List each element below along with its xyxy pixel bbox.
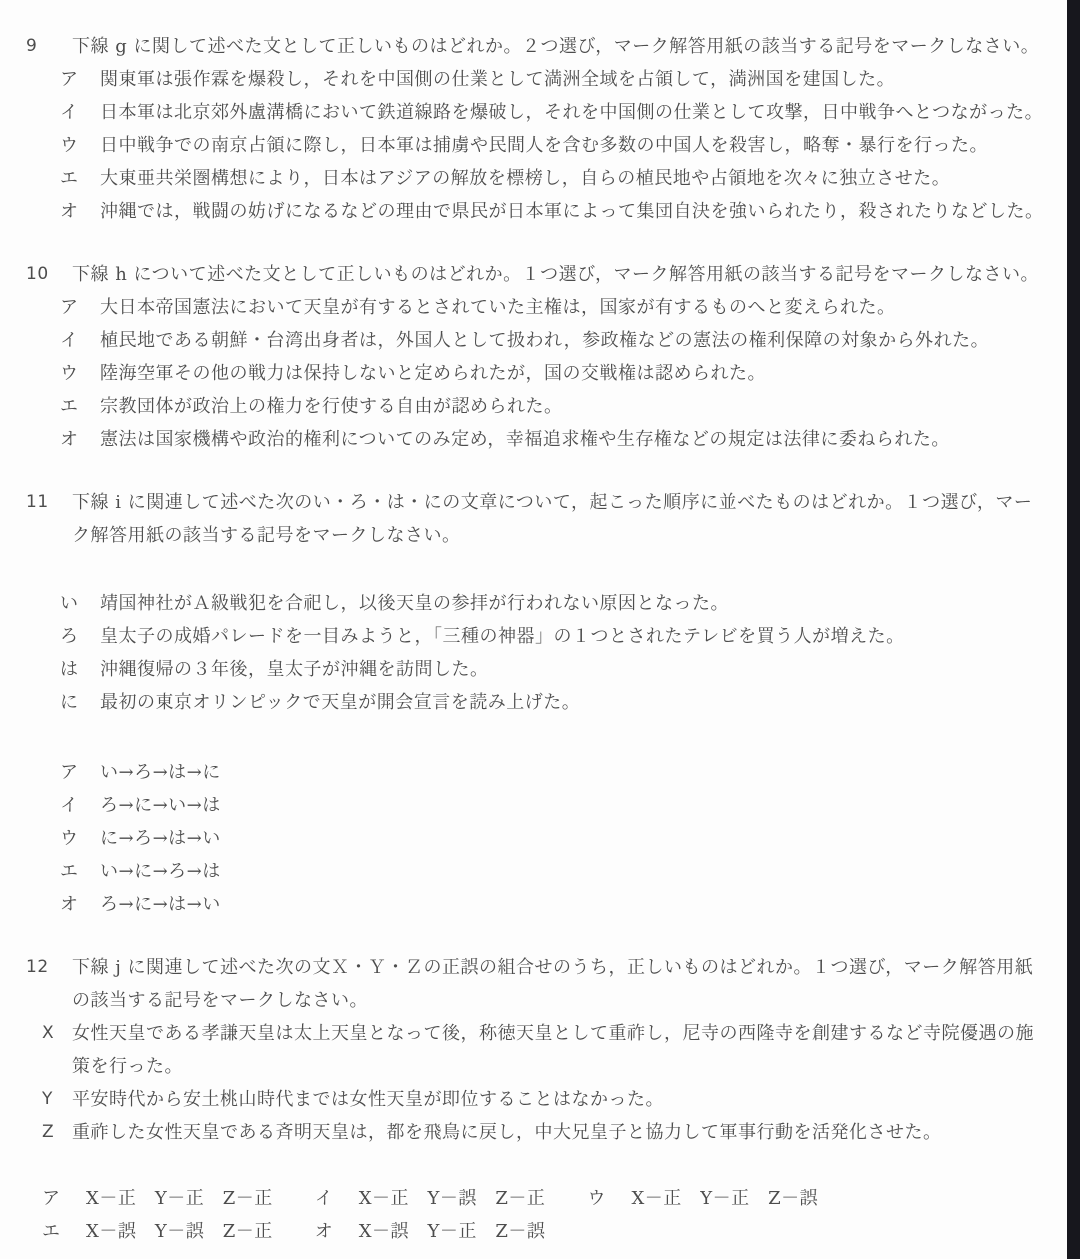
option-row: ア 関東軍は張作霖を爆殺し，それを中国側の仕業として満洲全域を占領して，満洲国を… — [26, 63, 1046, 96]
answer-option-label: オ — [315, 1215, 359, 1248]
question-number: 10 — [26, 258, 72, 291]
option-row: エ 宗教団体が政治上の権力を行使する自由が認められた。 — [26, 390, 1046, 423]
question-12-answer-options: ア X－正 Y－正 Z－正 イ X－正 Y－誤 Z－正 ウ X－正 Y－正 Z－… — [26, 1182, 1046, 1248]
answer-option-label: ウ — [587, 1182, 631, 1215]
question-12-section: 12 下線 j に関連して述べた次の文Ｘ・Ｙ・Ｚの正誤の組合せのうち，正しいもの… — [26, 951, 1046, 1248]
option-row: ウ 日中戦争での南京占領に際し，日本軍は捕虜や民間人を含む多数の中国人を殺害し，… — [26, 129, 1046, 162]
option-text: い→に→ろ→は — [100, 855, 1046, 888]
item-text: 最初の東京オリンピックで天皇が開会宣言を読み上げた。 — [100, 686, 1046, 719]
option-row: イ ろ→に→い→は — [26, 789, 1046, 822]
item-row: に 最初の東京オリンピックで天皇が開会宣言を読み上げた。 — [26, 686, 1046, 719]
option-text: 関東軍は張作霖を爆殺し，それを中国側の仕業として満洲全域を占領して，満洲国を建国… — [100, 63, 1046, 96]
option-text: い→ろ→は→に — [100, 756, 1046, 789]
option-text: 日本軍は北京郊外盧溝橋において鉄道線路を爆破し，それを中国側の仕業として攻撃，日… — [100, 96, 1046, 129]
question-prompt: 下線 g に関して述べた文として正しいものはどれか。２つ選び，マーク解答用紙の該… — [72, 30, 1046, 63]
option-text: 日中戦争での南京占領に際し，日本軍は捕虜や民間人を含む多数の中国人を殺害し，略奪… — [100, 129, 1046, 162]
answer-cell: イ X－正 Y－誤 Z－正 — [315, 1182, 546, 1215]
option-row: イ 日本軍は北京郊外盧溝橋において鉄道線路を爆破し，それを中国側の仕業として攻撃… — [26, 96, 1046, 129]
option-label: イ — [60, 789, 100, 822]
option-row: オ 沖縄では，戦闘の妨げになるなどの理由で県民が日本軍によって集団自決を強いられ… — [26, 195, 1046, 228]
option-text: 大日本帝国憲法において天皇が有するとされていた主権は，国家が有するものへと変えら… — [100, 291, 1046, 324]
statement-row: Z 重祚した女性天皇である斉明天皇は，都を飛鳥に戻し，中大兄皇子と協力して軍事行… — [26, 1116, 1046, 1149]
answer-combo: X－誤 Y－正 Z－誤 — [359, 1215, 546, 1248]
option-row: ア 大日本帝国憲法において天皇が有するとされていた主権は，国家が有するものへと変… — [26, 291, 1046, 324]
exam-page: 9 下線 g に関して述べた文として正しいものはどれか。２つ選び，マーク解答用紙… — [0, 0, 1080, 1259]
option-row: エ い→に→ろ→は — [26, 855, 1046, 888]
answer-cell: ウ X－正 Y－正 Z－誤 — [587, 1182, 818, 1215]
option-label: ウ — [60, 129, 100, 162]
question-number: 9 — [26, 30, 72, 63]
item-row: い 靖国神社がＡ級戦犯を合祀し，以後天皇の参拝が行われない原因となった。 — [26, 587, 1046, 620]
option-label: イ — [60, 96, 100, 129]
item-text: 靖国神社がＡ級戦犯を合祀し，以後天皇の参拝が行われない原因となった。 — [100, 587, 1046, 620]
statement-text: 女性天皇である孝謙天皇は太上天皇となって後，称徳天皇として重祚し，尼寺の西隆寺を… — [72, 1017, 1046, 1083]
option-label: ウ — [60, 822, 100, 855]
item-text: 沖縄復帰の３年後，皇太子が沖縄を訪問した。 — [100, 653, 1046, 686]
statement-label: X — [42, 1017, 72, 1050]
question-11-items: い 靖国神社がＡ級戦犯を合祀し，以後天皇の参拝が行われない原因となった。 ろ 皇… — [26, 587, 1046, 719]
option-label: エ — [60, 162, 100, 195]
option-text: 宗教団体が政治上の権力を行使する自由が認められた。 — [100, 390, 1046, 423]
answer-option-label: エ — [42, 1215, 86, 1248]
option-text: ろ→に→い→は — [100, 789, 1046, 822]
option-text: 陸海空軍その他の戦力は保持しないと定められたが，国の交戦権は認められた。 — [100, 357, 1046, 390]
question-number: 12 — [26, 951, 72, 984]
option-label: オ — [60, 888, 100, 921]
option-row: エ 大東亜共栄圏構想により，日本はアジアの解放を標榜し，自らの植民地や占領地を次… — [26, 162, 1046, 195]
answer-cell: エ X－誤 Y－誤 Z－正 — [42, 1215, 273, 1248]
item-label: に — [60, 686, 100, 719]
answer-cell: ア X－正 Y－正 Z－正 — [42, 1182, 273, 1215]
statement-text: 平安時代から安土桃山時代までは女性天皇が即位することはなかった。 — [72, 1083, 1046, 1116]
question-10-prompt-row: 10 下線 h について述べた文として正しいものはどれか。１つ選び，マーク解答用… — [26, 258, 1046, 291]
exam-content: 9 下線 g に関して述べた文として正しいものはどれか。２つ選び，マーク解答用紙… — [0, 0, 1080, 1248]
option-text: 憲法は国家機構や政治的権利についてのみ定め，幸福追求権や生存権などの規定は法律に… — [100, 423, 1046, 456]
answer-combo: X－正 Y－誤 Z－正 — [359, 1182, 546, 1215]
option-text: 植民地である朝鮮・台湾出身者は，外国人として扱われ，参政権などの憲法の権利保障の… — [100, 324, 1046, 357]
option-row: ア い→ろ→は→に — [26, 756, 1046, 789]
answer-combo: X－誤 Y－誤 Z－正 — [86, 1215, 273, 1248]
option-label: オ — [60, 195, 100, 228]
right-edge-bar — [1067, 0, 1080, 1259]
statement-label: Z — [42, 1116, 72, 1149]
option-text: 大東亜共栄圏構想により，日本はアジアの解放を標榜し，自らの植民地や占領地を次々に… — [100, 162, 1046, 195]
answer-row: ア X－正 Y－正 Z－正 イ X－正 Y－誤 Z－正 ウ X－正 Y－正 Z－… — [26, 1182, 1046, 1215]
item-text: 皇太子の成婚パレードを一目みようと，「三種の神器」の１つとされたテレビを買う人が… — [100, 620, 1046, 653]
answer-cell: オ X－誤 Y－正 Z－誤 — [315, 1215, 546, 1248]
option-label: ウ — [60, 357, 100, 390]
option-label: エ — [60, 390, 100, 423]
question-prompt: 下線 i に関連して述べた次のい・ろ・は・にの文章について，起こった順序に並べた… — [72, 486, 1046, 552]
option-label: ア — [60, 63, 100, 96]
question-prompt: 下線 j に関連して述べた次の文Ｘ・Ｙ・Ｚの正誤の組合せのうち，正しいものはどれ… — [72, 951, 1046, 1017]
option-row: ウ に→ろ→は→い — [26, 822, 1046, 855]
option-row: オ 憲法は国家機構や政治的権利についてのみ定め，幸福追求権や生存権などの規定は法… — [26, 423, 1046, 456]
statement-row: Y 平安時代から安土桃山時代までは女性天皇が即位することはなかった。 — [26, 1083, 1046, 1116]
question-prompt: 下線 h について述べた文として正しいものはどれか。１つ選び，マーク解答用紙の該… — [72, 258, 1046, 291]
option-label: ア — [60, 291, 100, 324]
answer-combo: X－正 Y－正 Z－誤 — [631, 1182, 818, 1215]
option-text: ろ→に→は→い — [100, 888, 1046, 921]
option-label: ア — [60, 756, 100, 789]
question-9-section: 9 下線 g に関して述べた文として正しいものはどれか。２つ選び，マーク解答用紙… — [26, 30, 1046, 228]
question-12-prompt-row: 12 下線 j に関連して述べた次の文Ｘ・Ｙ・Ｚの正誤の組合せのうち，正しいもの… — [26, 951, 1046, 1017]
option-row: イ 植民地である朝鮮・台湾出身者は，外国人として扱われ，参政権などの憲法の権利保… — [26, 324, 1046, 357]
question-11-section: 11 下線 i に関連して述べた次のい・ろ・は・にの文章について，起こった順序に… — [26, 486, 1046, 921]
question-10-section: 10 下線 h について述べた文として正しいものはどれか。１つ選び，マーク解答用… — [26, 258, 1046, 456]
item-label: ろ — [60, 620, 100, 653]
answer-combo: X－正 Y－正 Z－正 — [86, 1182, 273, 1215]
question-number: 11 — [26, 486, 72, 519]
item-row: ろ 皇太子の成婚パレードを一目みようと，「三種の神器」の１つとされたテレビを買う… — [26, 620, 1046, 653]
option-text: 沖縄では，戦闘の妨げになるなどの理由で県民が日本軍によって集団自決を強いられたり… — [100, 195, 1046, 228]
item-label: は — [60, 653, 100, 686]
option-row: ウ 陸海空軍その他の戦力は保持しないと定められたが，国の交戦権は認められた。 — [26, 357, 1046, 390]
option-label: エ — [60, 855, 100, 888]
answer-option-label: イ — [315, 1182, 359, 1215]
question-9-prompt-row: 9 下線 g に関して述べた文として正しいものはどれか。２つ選び，マーク解答用紙… — [26, 30, 1046, 63]
answer-option-label: ア — [42, 1182, 86, 1215]
item-label: い — [60, 587, 100, 620]
question-11-prompt-row: 11 下線 i に関連して述べた次のい・ろ・は・にの文章について，起こった順序に… — [26, 486, 1046, 552]
option-text: に→ろ→は→い — [100, 822, 1046, 855]
option-label: オ — [60, 423, 100, 456]
item-row: は 沖縄復帰の３年後，皇太子が沖縄を訪問した。 — [26, 653, 1046, 686]
statement-label: Y — [42, 1083, 72, 1116]
option-label: イ — [60, 324, 100, 357]
question-11-order-options: ア い→ろ→は→に イ ろ→に→い→は ウ に→ろ→は→い エ い→に→ろ→は … — [26, 756, 1046, 921]
answer-row: エ X－誤 Y－誤 Z－正 オ X－誤 Y－正 Z－誤 — [26, 1215, 1046, 1248]
statement-row: X 女性天皇である孝謙天皇は太上天皇となって後，称徳天皇として重祚し，尼寺の西隆… — [26, 1017, 1046, 1083]
statement-text: 重祚した女性天皇である斉明天皇は，都を飛鳥に戻し，中大兄皇子と協力して軍事行動を… — [72, 1116, 1046, 1149]
option-row: オ ろ→に→は→い — [26, 888, 1046, 921]
